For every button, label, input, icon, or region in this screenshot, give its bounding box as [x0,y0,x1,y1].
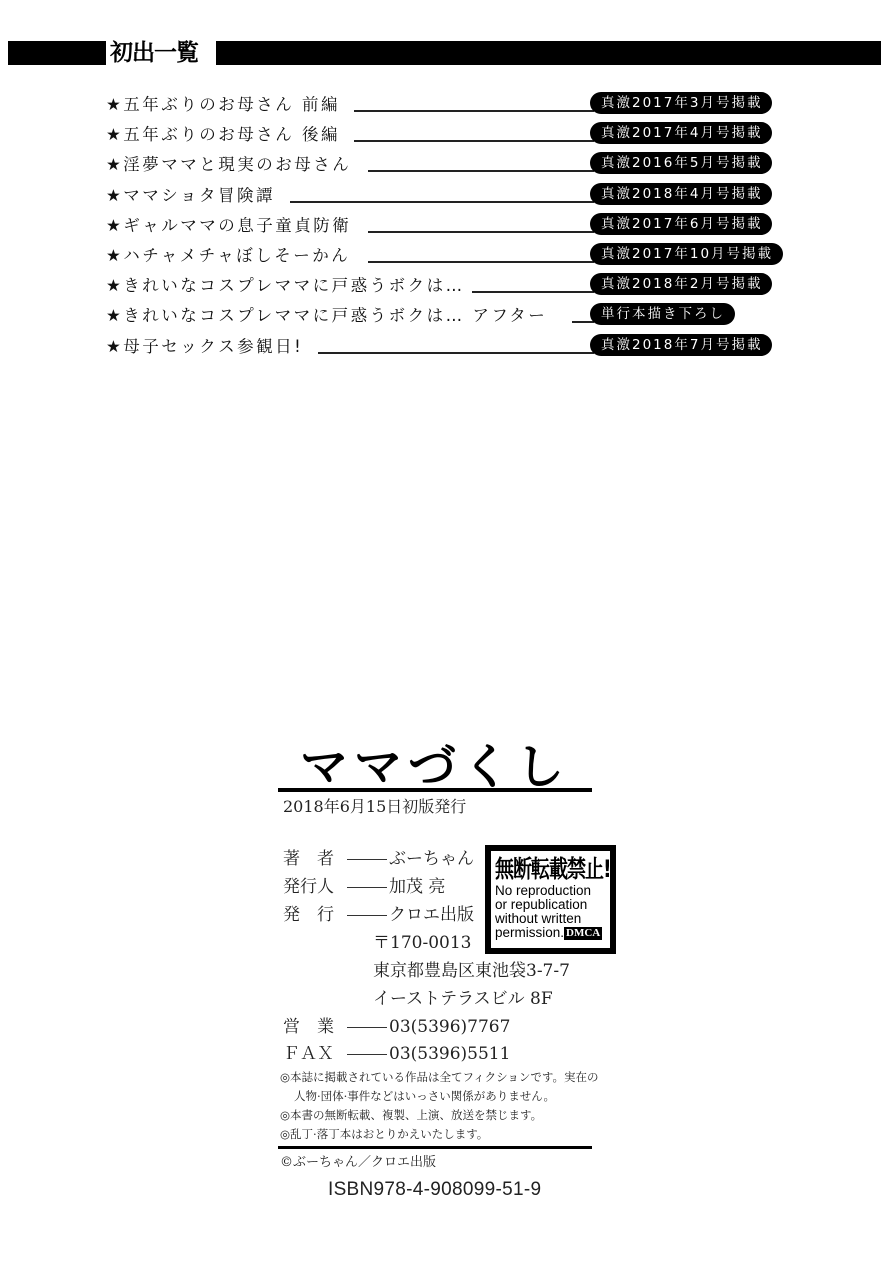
dmca-jp-text: 無断転載禁止! [495,853,606,886]
dmca-tag: DMCA [564,927,602,940]
note-line: ◎本書の無断転載、複製、上演、放送を禁じます。 [280,1106,598,1125]
dash [347,915,387,916]
address-building: イーストテラスビル 8F [373,986,553,1012]
list-item: ★母子セックス参観日! 真激2018年7月号掲載 [106,332,806,362]
star-icon: ★ [106,216,123,235]
leader-line [368,261,594,263]
star-icon: ★ [106,246,123,265]
star-icon: ★ [106,186,123,205]
dmca-en-text: No reproduction or republication without… [495,884,606,940]
postal-code: 〒170-0013 [373,930,471,956]
source-badge: 真激2016年5月号掲載 [590,152,772,174]
source-badge: 真激2017年10月号掲載 [590,243,783,265]
phone-label: ＦＡＸ [283,1041,347,1067]
book-title: ママづくし [278,728,592,797]
source-badge: 真激2017年6月号掲載 [590,213,772,235]
credit-label: 発 行 [283,902,347,928]
star-icon: ★ [106,95,123,114]
source-badge: 真激2017年3月号掲載 [590,92,772,114]
list-item: ★ギャルママの息子童貞防衛 真激2017年6月号掲載 [106,211,806,241]
story-title: ★五年ぶりのお母さん 後編 [106,121,340,145]
phone-sales: 営 業03(5396)7767 [283,1014,510,1040]
source-badge: 真激2018年4月号掲載 [590,183,772,205]
credit-label: 著 者 [283,846,347,872]
source-badge: 真激2017年4月号掲載 [590,122,772,144]
dash [347,887,387,888]
leader-line [368,170,594,172]
credit-publisher-person: 発行人加茂 亮 [283,874,445,900]
source-badge: 単行本描き下ろし [590,303,735,325]
leader-line [368,231,594,233]
section-title: 初出一覧 [110,38,198,68]
note-line: ◎本誌に掲載されている作品は全てフィクションです。実在の [280,1068,598,1087]
story-title: ★五年ぶりのお母さん 前編 [106,91,340,115]
list-item: ★ママショタ冒険譚 真激2018年4月号掲載 [106,181,806,211]
credit-value: ぶーちゃん [389,849,474,869]
first-appearance-list: ★五年ぶりのお母さん 前編 真激2017年3月号掲載 ★五年ぶりのお母さん 後編… [106,90,806,362]
credit-author: 著 者ぶーちゃん [283,846,474,872]
star-icon: ★ [106,155,123,174]
list-item: ★ハチャメチャぼしそーかん 真激2017年10月号掲載 [106,241,806,271]
leader-line [354,140,594,142]
credit-value: クロエ出版 [389,905,474,925]
publication-date: 2018年6月15日初版発行 [283,794,466,817]
source-badge: 真激2018年2月号掲載 [590,273,772,295]
list-item: ★五年ぶりのお母さん 後編 真激2017年4月号掲載 [106,120,806,150]
header-bar-right [216,41,881,65]
leader-line [290,201,594,203]
phone-fax: ＦＡＸ03(5396)5511 [283,1041,510,1067]
leader-line [354,110,594,112]
divider [278,1146,592,1149]
note-line: 人物·団体·事件などはいっさい関係がありません。 [280,1087,598,1106]
dash [347,859,387,860]
source-badge: 真激2018年7月号掲載 [590,334,772,356]
story-title: ★ハチャメチャぼしそーかん [106,242,350,266]
copyright: ©ぶーちゃん／クロエ出版 [280,1151,436,1170]
story-title: ★ギャルママの息子童貞防衛 [106,212,351,236]
star-icon: ★ [106,125,123,144]
dash [347,1054,387,1055]
story-title: ★ママショタ冒険譚 [106,182,275,206]
leader-line [318,352,594,354]
story-title: ★母子セックス参観日! [106,333,303,357]
dash [347,1027,387,1028]
credit-label: 発行人 [283,874,347,900]
credit-publisher: 発 行クロエ出版 [283,902,474,928]
list-item: ★きれいなコスプレママに戸惑うボクは… アフター 単行本描き下ろし [106,301,806,331]
leader-line [572,321,594,323]
phone-label: 営 業 [283,1014,347,1040]
divider [278,788,592,792]
story-title: ★きれいなコスプレママに戸惑うボクは… アフター [106,302,547,326]
credit-value: 加茂 亮 [389,877,445,897]
header-bar-left [8,41,106,65]
list-item: ★五年ぶりのお母さん 前編 真激2017年3月号掲載 [106,90,806,120]
note-line: ◎乱丁·落丁本はおとりかえいたします。 [280,1125,598,1144]
story-title: ★きれいなコスプレママに戸惑うボクは… [106,272,465,296]
star-icon: ★ [106,337,123,356]
phone-value: 03(5396)5511 [389,1044,510,1064]
dmca-notice-box: 無断転載禁止! No reproduction or republication… [485,845,616,954]
address-line: 東京都豊島区東池袋3-7-7 [373,958,570,984]
legal-notes: ◎本誌に掲載されている作品は全てフィクションです。実在の 人物·団体·事件などは… [280,1068,598,1144]
star-icon: ★ [106,276,123,295]
isbn: ISBN978-4-908099-51-9 [328,1179,541,1201]
star-icon: ★ [106,306,123,325]
list-item: ★淫夢ママと現実のお母さん 真激2016年5月号掲載 [106,150,806,180]
list-item: ★きれいなコスプレママに戸惑うボクは… 真激2018年2月号掲載 [106,271,806,301]
phone-value: 03(5396)7767 [389,1017,510,1037]
story-title: ★淫夢ママと現実のお母さん [106,151,351,175]
leader-line [472,291,594,293]
